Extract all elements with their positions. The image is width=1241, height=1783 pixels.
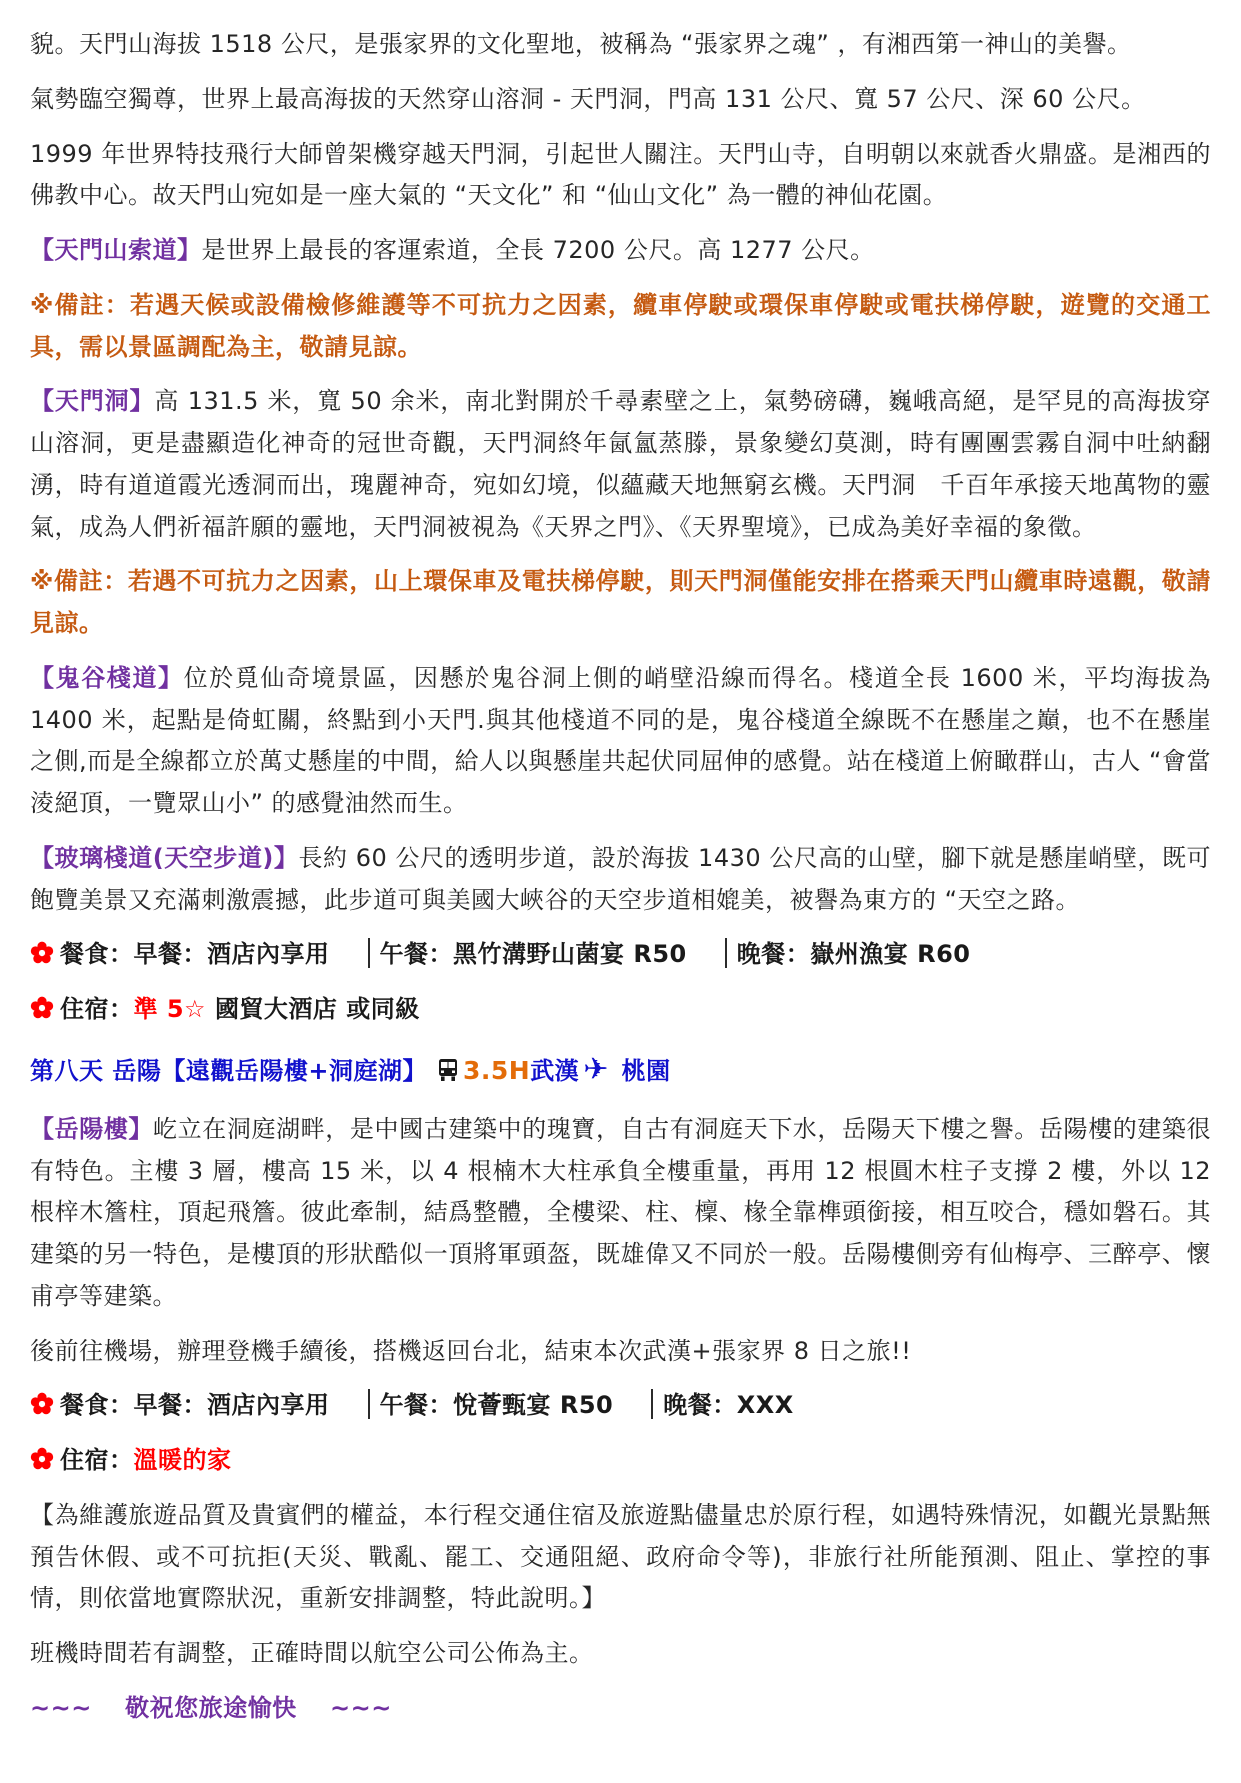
disclaimer-paragraph: 【為維護旅遊品質及貴賓們的權益，本行程交通住宿及旅遊點儘量忠於原行程，如遇特殊情…	[30, 1495, 1211, 1620]
day8-meals-line-text: 午餐：悅薈甄宴 R50	[380, 1391, 614, 1419]
tianmen-cave-paragraph-text: 高 131.5 米，寬 50 余米，南北對開於千尋素壁之上，氣勢磅礴，巍峨高絕，…	[30, 387, 1211, 540]
tianmen-cave-paragraph-text: 【天門洞】	[30, 387, 154, 415]
day8-heading-text: 第八天 岳陽【遠觀岳陽樓+洞庭湖】	[30, 1057, 427, 1085]
itinerary-document-page: 貌。天門山海拔 1518 公尺，是張家界的文化聖地，被稱為 “張家界之魂” ，有…	[0, 0, 1241, 1783]
yueyang-tower-paragraph: 【岳陽樓】屹立在洞庭湖畔，是中國古建築中的瑰寶，自古有洞庭天下水，岳陽天下樓之譽…	[30, 1109, 1211, 1318]
meal-flower-icon	[30, 996, 54, 1020]
plane-icon: ✈	[583, 1052, 609, 1087]
intro-line-1: 貌。天門山海拔 1518 公尺，是張家界的文化聖地，被稱為 “張家界之魂” ，有…	[30, 24, 1211, 66]
day8-meals-line-text: 晚餐：XXX	[663, 1391, 794, 1419]
flight-time-note-text: 班機時間若有調整，正確時間以航空公司公佈為主。	[30, 1639, 594, 1667]
tianmen-cableway-paragraph-text: 【天門山索道】	[30, 236, 202, 264]
day7-meals-line-text: 午餐：黑竹溝野山菌宴 R50	[380, 940, 687, 968]
return-flight-paragraph-text: 後前往機場，辦理登機手續後，搭機返回台北，結束本次武漢+張家界 8 日之旅!!	[30, 1337, 911, 1365]
tianmen-cableway-paragraph: 【天門山索道】是世界上最長的客運索道，全長 7200 公尺。高 1277 公尺。	[30, 230, 1211, 272]
guigu-plank-road-paragraph-text: 【鬼谷棧道】	[30, 664, 184, 692]
bus-icon	[435, 1057, 461, 1083]
day7-meals-line-text: 晚餐：嶽州漁宴 R60	[737, 940, 971, 968]
closing-wish-text: ~~~ 敬祝您旅途愉快 ~~~	[30, 1694, 392, 1722]
intro-line-2-text: 氣勢臨空獨尊，世界上最高海拔的天然穿山溶洞 - 天門洞，門高 131 公尺、寬 …	[30, 85, 1146, 113]
day7-meals-line-text: 餐食：早餐：酒店內享用	[60, 940, 330, 968]
intro-line-3: 1999 年世界特技飛行大師曾架機穿越天門洞，引起世人關注。天門山寺，自明朝以來…	[30, 134, 1211, 218]
day8-heading-text: 桃園	[613, 1057, 671, 1085]
day8-lodging-line-text: 溫暖的家	[134, 1446, 232, 1474]
meal-flower-icon	[30, 1447, 54, 1471]
disclaimer-paragraph-text: 【為維護旅遊品質及貴賓們的權益，本行程交通住宿及旅遊點儘量忠於原行程，如遇特殊情…	[30, 1501, 1211, 1613]
guigu-plank-road-paragraph: 【鬼谷棧道】位於覓仙奇境景區，因懸於鬼谷洞上側的峭壁沿線而得名。棧道全長 160…	[30, 658, 1211, 825]
meal-separator	[651, 1389, 653, 1419]
intro-line-3-text: 1999 年世界特技飛行大師曾架機穿越天門洞，引起世人關注。天門山寺，自明朝以來…	[30, 140, 1211, 210]
cableway-notice-text: ※備註：若遇天候或設備檢修維護等不可抗力之因素，纜車停駛或環保車停駛或電扶梯停駛…	[30, 291, 1211, 361]
tianmen-cableway-paragraph-text: 是世界上最長的客運索道，全長 7200 公尺。高 1277 公尺。	[202, 236, 875, 264]
glass-walkway-paragraph: 【玻璃棧道(天空步道)】長約 60 公尺的透明步道，設於海拔 1430 公尺高的…	[30, 838, 1211, 922]
day7-meals-line: 餐食：早餐：酒店內享用午餐：黑竹溝野山菌宴 R50晚餐：嶽州漁宴 R60	[30, 934, 1211, 976]
flight-time-note: 班機時間若有調整，正確時間以航空公司公佈為主。	[30, 1633, 1211, 1675]
guigu-plank-road-paragraph-text: 位於覓仙奇境景區，因懸於鬼谷洞上側的峭壁沿線而得名。棧道全長 1600 米，平均…	[30, 664, 1211, 817]
day7-lodging-line-text: 準 5☆	[134, 995, 215, 1023]
yueyang-tower-paragraph-text: 屹立在洞庭湖畔，是中國古建築中的瑰寶，自古有洞庭天下水，岳陽天下樓之譽。岳陽樓的…	[30, 1115, 1211, 1310]
intro-line-1-text: 貌。天門山海拔 1518 公尺，是張家界的文化聖地，被稱為 “張家界之魂” ，有…	[30, 30, 1131, 58]
day8-heading-text: 武漢	[530, 1057, 579, 1085]
meal-separator	[368, 1389, 370, 1419]
yueyang-tower-paragraph-text: 【岳陽樓】	[30, 1115, 153, 1143]
day8-lodging-line-text: 住宿：	[60, 1446, 134, 1474]
meal-separator	[368, 938, 370, 968]
cave-notice-text: ※備註：若遇不可抗力之因素，山上環保車及電扶梯停駛，則天門洞僅能安排在搭乘天門山…	[30, 567, 1211, 637]
cableway-notice: ※備註：若遇天候或設備檢修維護等不可抗力之因素，纜車停駛或環保車停駛或電扶梯停駛…	[30, 285, 1211, 369]
day8-heading-text: 3.5H	[463, 1056, 530, 1085]
day8-lodging-line: 住宿：溫暖的家	[30, 1440, 1211, 1482]
day8-meals-line: 餐食：早餐：酒店內享用午餐：悅薈甄宴 R50晚餐：XXX	[30, 1385, 1211, 1427]
intro-line-2: 氣勢臨空獨尊，世界上最高海拔的天然穿山溶洞 - 天門洞，門高 131 公尺、寬 …	[30, 79, 1211, 121]
closing-wish: ~~~ 敬祝您旅途愉快 ~~~	[30, 1688, 1211, 1730]
meal-flower-icon	[30, 941, 54, 965]
return-flight-paragraph: 後前往機場，辦理登機手續後，搭機返回台北，結束本次武漢+張家界 8 日之旅!!	[30, 1331, 1211, 1373]
meal-separator	[725, 938, 727, 968]
glass-walkway-paragraph-text: 【玻璃棧道(天空步道)】	[30, 844, 298, 872]
meal-flower-icon	[30, 1392, 54, 1416]
day8-meals-line-text: 餐食：早餐：酒店內享用	[60, 1391, 330, 1419]
cave-notice: ※備註：若遇不可抗力之因素，山上環保車及電扶梯停駛，則天門洞僅能安排在搭乘天門山…	[30, 561, 1211, 645]
day7-lodging-line: 住宿：準 5☆ 國貿大酒店 或同級	[30, 989, 1211, 1031]
tianmen-cave-paragraph: 【天門洞】高 131.5 米，寬 50 余米，南北對開於千尋素壁之上，氣勢磅礴，…	[30, 381, 1211, 548]
day8-heading: 第八天 岳陽【遠觀岳陽樓+洞庭湖】3.5H武漢✈ 桃園	[30, 1044, 1211, 1096]
day7-lodging-line-text: 國貿大酒店 或同級	[215, 995, 420, 1023]
day7-lodging-line-text: 住宿：	[60, 995, 134, 1023]
